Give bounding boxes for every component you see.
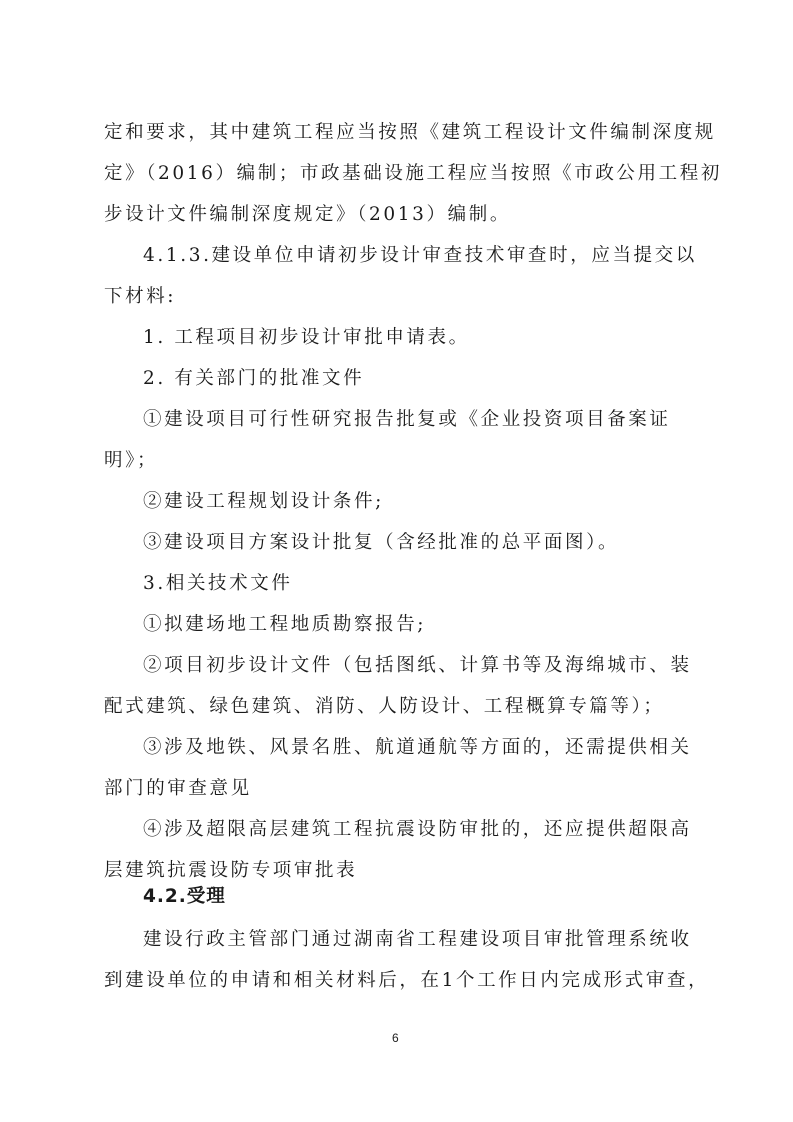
- paragraph-line: 部门的审查意见: [104, 776, 684, 802]
- list-item: ③涉及地铁、风景名胜、航道通航等方面的，还需提供相关: [143, 735, 723, 761]
- paragraph-line: 步设计文件编制深度规定》（2013）编制。: [104, 202, 684, 228]
- paragraph-line: 明》；: [104, 448, 684, 474]
- paragraph-line: 层建筑抗震设防专项审批表: [104, 858, 684, 884]
- paragraph-line: 建设行政主管部门通过湖南省工程建设项目审批管理系统收: [143, 927, 723, 953]
- paragraph-line: 到建设单位的申请和相关材料后，在1个工作日内完成形式审查，: [104, 968, 684, 994]
- section-heading-4-2: 4.2.受理: [143, 884, 723, 910]
- list-item: 3.相关技术文件: [143, 571, 723, 597]
- paragraph-line: 定》（2016）编制；市政基础设施工程应当按照《市政公用工程初: [104, 161, 684, 187]
- paragraph-line: 配式建筑、绿色建筑、消防、人防设计、工程概算专篇等）；: [104, 694, 684, 720]
- page-number: 6: [392, 1031, 399, 1045]
- document-page: 定和要求，其中建筑工程应当按照《建筑工程设计文件编制深度规 定》（2016）编制…: [0, 0, 793, 1122]
- list-item: ④涉及超限高层建筑工程抗震设防审批的，还应提供超限高: [143, 817, 723, 843]
- list-item: ①拟建场地工程地质勘察报告;: [143, 612, 723, 638]
- list-item: ②项目初步设计文件（包括图纸、计算书等及海绵城市、装: [143, 653, 723, 679]
- list-item: 2. 有关部门的批准文件: [143, 366, 723, 392]
- clause-heading-4-1-3: 4.1.3.建设单位申请初步设计审查技术审查时，应当提交以: [143, 243, 723, 269]
- list-item: ③建设项目方案设计批复（含经批准的总平面图）。: [143, 530, 723, 556]
- list-item: 1. 工程项目初步设计审批申请表。: [143, 325, 723, 351]
- list-item: ①建设项目可行性研究报告批复或《企业投资项目备案证: [143, 407, 723, 433]
- paragraph-line: 下材料:: [104, 284, 684, 310]
- paragraph-line: 定和要求，其中建筑工程应当按照《建筑工程设计文件编制深度规: [104, 120, 684, 146]
- list-item: ②建设工程规划设计条件;: [143, 489, 723, 515]
